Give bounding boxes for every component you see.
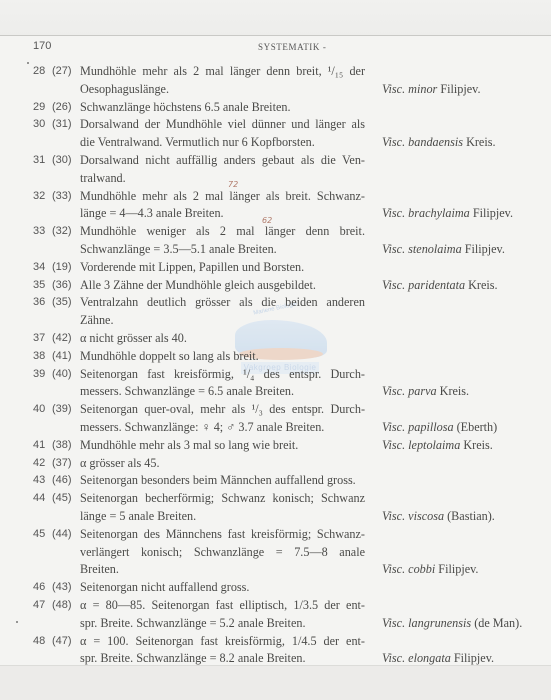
entry-text-line: länge = 4—4.3 anale Breiten.: [80, 205, 365, 223]
key-entry: 42(37)α grösser als 45.: [0, 455, 551, 473]
entry-cross-reference: (32): [52, 223, 72, 241]
species-author: Kreis.: [463, 438, 492, 452]
entry-text-line: die Ventralwand. Vermutlich nur 6 Kopfbo…: [80, 134, 365, 152]
species-genus: Visc.: [382, 651, 405, 665]
species-name: Visc. bandaensis Kreis.: [382, 134, 496, 152]
entry-number: 28: [33, 63, 51, 81]
entry-cross-reference: (45): [52, 490, 72, 508]
entry-text-line: Oesophaguslänge.: [80, 81, 365, 99]
entry-number: 47: [33, 597, 51, 615]
entry-text-line: Alle 3 Zähne der Mundhöhle gleich ausgeb…: [80, 277, 365, 295]
species-name: Visc. viscosa (Bastian).: [382, 508, 495, 526]
entry-number: 29: [33, 99, 51, 117]
entry-text-line: α = 100. Seitenorgan fast kreisförmig, 1…: [80, 633, 365, 651]
entry-text-line: Vorderende mit Lippen, Papillen und Bors…: [80, 259, 365, 277]
key-entry: 39(40)Seitenorgan fast kreisförmig, ¹/₄ …: [0, 366, 551, 402]
species-genus: Visc.: [382, 616, 405, 630]
species-name: Visc. langrunensis (de Man).: [382, 615, 522, 633]
entry-text-line: α = 80—85. Seitenorgan fast elliptisch, …: [80, 597, 365, 615]
entry-text-line: Mundhöhle doppelt so lang als breit.: [80, 348, 365, 366]
entry-cross-reference: (37): [52, 455, 72, 473]
entry-text-line: Dorsalwand der Mundhöhle viel dünner und…: [80, 116, 365, 134]
entry-cross-reference: (39): [52, 401, 72, 419]
key-entry: 43(46)Seitenorgan besonders beim Männche…: [0, 472, 551, 490]
entry-cross-reference: (47): [52, 633, 72, 651]
entry-text-line: Mundhöhle weniger als 2 mal länger denn …: [80, 223, 365, 241]
entry-text-line: Dorsalwand nicht auffällig anders gebaut…: [80, 152, 365, 170]
species-epithet: elongata: [408, 651, 451, 665]
species-author: Filipjev.: [473, 206, 513, 220]
species-name: Visc. brachylaima Filipjev.: [382, 205, 513, 223]
species-author: Filipjev.: [438, 562, 478, 576]
entry-cross-reference: (48): [52, 597, 72, 615]
page-number: 170: [33, 40, 51, 52]
entry-number: 31: [33, 152, 51, 170]
key-entry: 36(35)Ventralzahn deutlich grösser als d…: [0, 294, 551, 330]
key-entry: 28(27)Mundhöhle mehr als 2 mal länger de…: [0, 63, 551, 99]
key-entry: 30(31)Dorsalwand der Mundhöhle viel dünn…: [0, 116, 551, 152]
entry-text-line: Seitenorgan besonders beim Männchen auff…: [80, 472, 365, 490]
species-author: Kreis.: [440, 384, 469, 398]
species-name: Visc. parva Kreis.: [382, 383, 469, 401]
entry-number: 44: [33, 490, 51, 508]
entry-cross-reference: (42): [52, 330, 72, 348]
entry-text-line: messers. Schwanzlänge: ♀ 4; ♂ 3.7 anale …: [80, 419, 365, 437]
entry-cross-reference: (35): [52, 294, 72, 312]
species-name: Visc. cobbi Filipjev.: [382, 561, 478, 579]
pencil-annotation: 62: [262, 216, 272, 225]
key-entry: 33(32)Mundhöhle weniger als 2 mal länger…: [0, 223, 551, 259]
key-entry: 45(44)Seitenorgan des Männchens fast kre…: [0, 526, 551, 579]
species-genus: Visc.: [382, 509, 405, 523]
species-genus: Visc.: [382, 384, 405, 398]
key-entry: 31(30)Dorsalwand nicht auffällig anders …: [0, 152, 551, 188]
species-genus: Visc.: [382, 206, 405, 220]
species-epithet: parva: [408, 384, 436, 398]
entry-text-line: Mundhöhle mehr als 2 mal länger denn bre…: [80, 63, 365, 81]
entry-text-line: Seitenorgan quer-oval, mehr als ¹/₃ des …: [80, 401, 365, 419]
key-entry: 41(38)Mundhöhle mehr als 3 mal so lang w…: [0, 437, 551, 455]
entry-number: 30: [33, 116, 51, 134]
species-epithet: bandaensis: [408, 135, 463, 149]
key-entry: 29(26)Schwanzlänge höchstens 6.5 anale B…: [0, 99, 551, 117]
key-entry: 34(19)Vorderende mit Lippen, Papillen un…: [0, 259, 551, 277]
entry-text-line: spr. Breite. Schwanzlänge = 5.2 anale Br…: [80, 615, 365, 633]
entry-text-line: Seitenorgan fast kreisförmig, ¹/₄ des en…: [80, 366, 365, 384]
entry-text-line: α grösser als 45.: [80, 455, 365, 473]
entry-text-line: Breiten.: [80, 561, 365, 579]
entry-cross-reference: (41): [52, 348, 72, 366]
species-author: Filipjev.: [465, 242, 505, 256]
entry-text-line: Zähne.: [80, 312, 365, 330]
entry-number: 43: [33, 472, 51, 490]
species-genus: Visc.: [382, 82, 405, 96]
entry-cross-reference: (36): [52, 277, 72, 295]
species-genus: Visc.: [382, 242, 405, 256]
species-genus: Visc.: [382, 135, 405, 149]
species-name: Visc. papillosa (Eberth): [382, 419, 497, 437]
entry-number: 46: [33, 579, 51, 597]
entry-cross-reference: (40): [52, 366, 72, 384]
entry-cross-reference: (19): [52, 259, 72, 277]
entry-number: 36: [33, 294, 51, 312]
key-entry: 37(42)α nicht grösser als 40.: [0, 330, 551, 348]
entry-text-line: Ventralzahn deutlich grösser als die bei…: [80, 294, 365, 312]
entry-number: 48: [33, 633, 51, 651]
entry-text-line: Seitenorgan becherförmig; Schwanz konisc…: [80, 490, 365, 508]
key-entry: 35(36)Alle 3 Zähne der Mundhöhle gleich …: [0, 277, 551, 295]
key-entry: 38(41)Mundhöhle doppelt so lang als brei…: [0, 348, 551, 366]
entry-text-line: Mundhöhle mehr als 3 mal so lang wie bre…: [80, 437, 365, 455]
entry-cross-reference: (43): [52, 579, 72, 597]
species-name: Visc. leptolaima Kreis.: [382, 437, 493, 455]
species-epithet: leptolaima: [408, 438, 460, 452]
entry-number: 32: [33, 188, 51, 206]
species-genus: Visc.: [382, 438, 405, 452]
species-genus: Visc.: [382, 562, 405, 576]
entry-number: 33: [33, 223, 51, 241]
entry-text-line: messers. Schwanzlänge = 6.5 anale Breite…: [80, 383, 365, 401]
entry-number: 45: [33, 526, 51, 544]
entry-number: 42: [33, 455, 51, 473]
entry-number: 37: [33, 330, 51, 348]
species-name: Visc. minor Filipjev.: [382, 81, 481, 99]
species-epithet: papillosa: [408, 420, 453, 434]
entry-number: 40: [33, 401, 51, 419]
identification-key: 28(27)Mundhöhle mehr als 2 mal länger de…: [0, 63, 551, 668]
species-author: Kreis.: [466, 135, 495, 149]
species-epithet: stenolaima: [408, 242, 462, 256]
entry-cross-reference: (31): [52, 116, 72, 134]
species-author: (Bastian).: [447, 509, 495, 523]
entry-number: 34: [33, 259, 51, 277]
entry-text-line: tralwand.: [80, 170, 365, 188]
entry-cross-reference: (30): [52, 152, 72, 170]
species-genus: Visc.: [382, 278, 405, 292]
entry-text-line: länge = 5 anale Breiten.: [80, 508, 365, 526]
page-bottom-margin: [0, 665, 551, 700]
species-author: Kreis.: [468, 278, 497, 292]
entry-cross-reference: (26): [52, 99, 72, 117]
entry-text-line: Seitenorgan des Männchens fast kreisförm…: [80, 526, 365, 544]
page-top-margin: [0, 0, 551, 36]
entry-text-line: Seitenorgan nicht auffallend gross.: [80, 579, 365, 597]
species-author: (Eberth): [457, 420, 498, 434]
entry-cross-reference: (46): [52, 472, 72, 490]
species-author: Filipjev.: [454, 651, 494, 665]
entry-cross-reference: (44): [52, 526, 72, 544]
species-epithet: langrunensis: [408, 616, 471, 630]
entry-number: 39: [33, 366, 51, 384]
key-entry: 47(48)α = 80—85. Seitenorgan fast ellipt…: [0, 597, 551, 633]
entry-number: 41: [33, 437, 51, 455]
entry-cross-reference: (27): [52, 63, 72, 81]
key-entry: 32(33)Mundhöhle mehr als 2 mal länger al…: [0, 188, 551, 224]
key-entry: 44(45)Seitenorgan becherförmig; Schwanz …: [0, 490, 551, 526]
entry-cross-reference: (33): [52, 188, 72, 206]
species-epithet: paridentata: [408, 278, 465, 292]
entry-text-line: Mundhöhle mehr als 2 mal länger als brei…: [80, 188, 365, 206]
page-edge-rule: [0, 35, 551, 36]
entry-number: 38: [33, 348, 51, 366]
species-epithet: viscosa: [408, 509, 444, 523]
key-entry: 46(43)Seitenorgan nicht auffallend gross…: [0, 579, 551, 597]
key-entry: 48(47)α = 100. Seitenorgan fast kreisför…: [0, 633, 551, 669]
species-author: Filipjev.: [440, 82, 480, 96]
species-name: Visc. stenolaima Filipjev.: [382, 241, 505, 259]
species-name: Visc. paridentata Kreis.: [382, 277, 498, 295]
pencil-annotation: 72: [228, 180, 238, 189]
running-head: SYSTEMATIK -: [258, 42, 326, 52]
species-author: (de Man).: [474, 616, 522, 630]
species-epithet: minor: [408, 82, 437, 96]
species-genus: Visc.: [382, 420, 405, 434]
key-entry: 40(39)Seitenorgan quer-oval, mehr als ¹/…: [0, 401, 551, 437]
entry-cross-reference: (38): [52, 437, 72, 455]
entry-text-line: verlängert konisch; Schwanzlänge = 7.5—8…: [80, 544, 365, 562]
entry-text-line: α nicht grösser als 40.: [80, 330, 365, 348]
species-epithet: brachylaima: [408, 206, 470, 220]
entry-text-line: Schwanzlänge höchstens 6.5 anale Breiten…: [80, 99, 365, 117]
entry-number: 35: [33, 277, 51, 295]
species-epithet: cobbi: [408, 562, 435, 576]
entry-text-line: Schwanzlänge = 3.5—5.1 anale Breiten.: [80, 241, 365, 259]
